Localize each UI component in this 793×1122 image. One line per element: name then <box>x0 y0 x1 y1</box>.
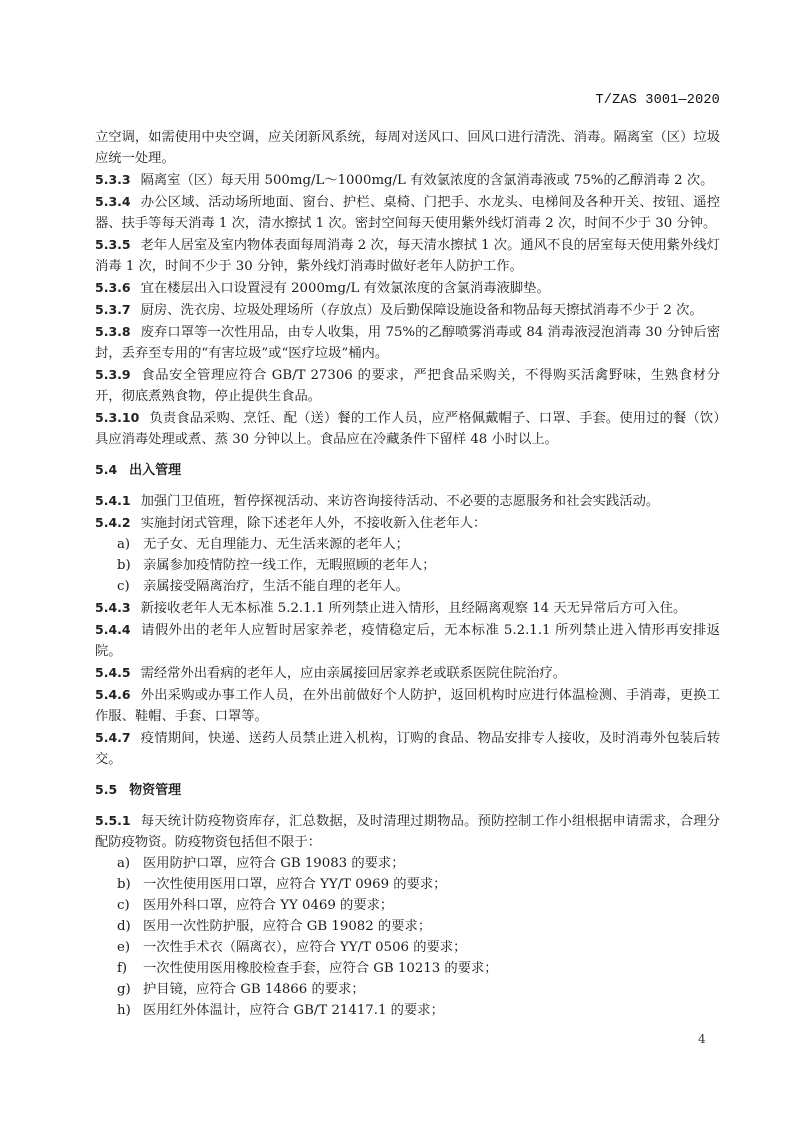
clause-number: 5.3.8 <box>95 324 131 339</box>
list-text: 亲属接受隔离治疗，生活不能自理的老年人。 <box>143 579 409 594</box>
list-marker: b) <box>117 555 143 576</box>
clause-number: 5.3.4 <box>95 194 131 209</box>
list-marker: c) <box>117 576 143 597</box>
list-text: 医用一次性防护服，应符合 GB 19082 的要求； <box>143 919 431 934</box>
clause-text: 老年人居室及室内物体表面每周消毒 2 次，每天清水擦拭 1 次。通风不良的居室每… <box>95 238 720 274</box>
clause-5-4-4: 5.4.4请假外出的老年人应暂时居家养老，疫情稳定后，无本标准 5.2.1.1 … <box>95 619 720 662</box>
list-item: b)亲属参加疫情防控一线工作，无暇照顾的老年人； <box>95 555 720 576</box>
section-title: 物资管理 <box>129 783 181 798</box>
list-marker: h) <box>117 1000 143 1021</box>
paragraph-text: 立空调，如需使用中央空调，应关闭新风系统，每周对送风口、回风口进行清洗、消毒。隔… <box>95 130 720 166</box>
clause-text: 疫情期间，快递、送药人员禁止进入机构，订购的食品、物品安排专人接收，及时消毒外包… <box>95 731 720 767</box>
clause-5-4-6: 5.4.6外出采购或办事工作人员，在外出前做好个人防护，返回机构时应进行体温检测… <box>95 684 720 727</box>
clause-text: 食品安全管理应符合 GB/T 27306 的要求，严把食品采购关，不得购买活禽野… <box>95 368 720 404</box>
clause-text: 新接收老年人无本标准 5.2.1.1 所列禁止进入情形，且经隔离观察 14 天无… <box>141 601 687 616</box>
clause-5-4-2: 5.4.2实施封闭式管理，除下述老年人外，不接收新入住老年人： <box>95 512 720 534</box>
clause-text: 宜在楼层出入口设置浸有 2000mg/L 有效氯浓度的含氯消毒液脚垫。 <box>141 281 550 296</box>
clause-5-3-10: 5.3.10负责食品采购、烹饪、配（送）餐的工作人员，应严格佩戴帽子、口罩、手套… <box>95 407 720 450</box>
list-marker: e) <box>117 937 143 958</box>
list-marker: d) <box>117 916 143 937</box>
list-item: d)医用一次性防护服，应符合 GB 19082 的要求； <box>95 916 720 937</box>
clause-5-3-7: 5.3.7厨房、洗衣房、垃圾处理场所（存放点）及后勤保障设施设备和物品每天擦拭消… <box>95 299 720 321</box>
list-text: 医用外科口罩，应符合 YY 0469 的要求； <box>143 898 393 913</box>
section-number: 5.4 <box>95 462 117 477</box>
list-marker: c) <box>117 895 143 916</box>
clause-number: 5.3.7 <box>95 302 131 317</box>
clause-5-3-5: 5.3.5老年人居室及室内物体表面每周消毒 2 次，每天清水擦拭 1 次。通风不… <box>95 234 720 277</box>
document-body: 立空调，如需使用中央空调，应关闭新风系统，每周对送风口、回风口进行清洗、消毒。隔… <box>95 127 720 1021</box>
clause-number: 5.3.6 <box>95 280 131 295</box>
list-item: f)一次性使用医用橡胶检查手套，应符合 GB 10213 的要求； <box>95 958 720 979</box>
list-text: 一次性手术衣（隔离衣），应符合 YY/T 0506 的要求； <box>143 940 466 955</box>
list-item: a)医用防护口罩，应符合 GB 19083 的要求； <box>95 853 720 874</box>
clause-5-4-3: 5.4.3新接收老年人无本标准 5.2.1.1 所列禁止进入情形，且经隔离观察 … <box>95 597 720 619</box>
list-marker: a) <box>117 853 143 874</box>
list-marker: a) <box>117 534 143 555</box>
clause-5-4-5: 5.4.5需经常外出看病的老年人，应由亲属接回居家养老或联系医院住院治疗。 <box>95 662 720 684</box>
clause-number: 5.5.1 <box>95 813 131 828</box>
section-number: 5.5 <box>95 782 117 797</box>
list-text: 护目镜，应符合 GB 14866 的要求； <box>143 982 365 997</box>
clause-text: 负责食品采购、烹饪、配（送）餐的工作人员，应严格佩戴帽子、口罩、手套。使用过的餐… <box>95 411 720 447</box>
clause-number: 5.4.3 <box>95 600 131 615</box>
list-item: a)无子女、无自理能力、无生活来源的老年人； <box>95 534 720 555</box>
list-item: g)护目镜，应符合 GB 14866 的要求； <box>95 979 720 1000</box>
list-text: 一次性使用医用口罩，应符合 YY/T 0969 的要求； <box>143 877 446 892</box>
list-text: 医用防护口罩，应符合 GB 19083 的要求； <box>143 856 405 871</box>
clause-text: 请假外出的老年人应暂时居家养老，疫情稳定后，无本标准 5.2.1.1 所列禁止进… <box>95 623 720 659</box>
clause-number: 5.3.3 <box>95 172 131 187</box>
paragraph-continued: 立空调，如需使用中央空调，应关闭新风系统，每周对送风口、回风口进行清洗、消毒。隔… <box>95 127 720 169</box>
list-text: 无子女、无自理能力、无生活来源的老年人； <box>143 537 409 552</box>
clause-5-4-1: 5.4.1加强门卫值班，暂停探视活动、来访咨询接待活动、不必要的志愿服务和社会实… <box>95 490 720 512</box>
clause-number: 5.4.5 <box>95 665 131 680</box>
list-text: 一次性使用医用橡胶检查手套，应符合 GB 10213 的要求； <box>143 961 498 976</box>
list-text: 医用红外体温计，应符合 GB/T 21417.1 的要求； <box>143 1003 444 1018</box>
clause-number: 5.3.10 <box>95 410 139 425</box>
clause-5-3-4: 5.3.4办公区域、活动场所地面、窗台、护栏、桌椅、门把手、水龙头、电梯间及各种… <box>95 191 720 234</box>
clause-5-3-6: 5.3.6宜在楼层出入口设置浸有 2000mg/L 有效氯浓度的含氯消毒液脚垫。 <box>95 277 720 299</box>
clause-5-4-7: 5.4.7疫情期间，快递、送药人员禁止进入机构，订购的食品、物品安排专人接收，及… <box>95 727 720 770</box>
clause-text: 隔离室（区）每天用 500mg/L～1000mg/L 有效氯浓度的含氯消毒液或 … <box>141 173 714 188</box>
clause-number: 5.4.7 <box>95 730 131 745</box>
list-marker: f) <box>117 958 143 979</box>
clause-number: 5.4.2 <box>95 515 131 530</box>
list-item: h)医用红外体温计，应符合 GB/T 21417.1 的要求； <box>95 1000 720 1021</box>
clause-text: 厨房、洗衣房、垃圾处理场所（存放点）及后勤保障设施设备和物品每天擦拭消毒不少于 … <box>141 303 703 318</box>
clause-number: 5.4.1 <box>95 493 131 508</box>
clause-text: 外出采购或办事工作人员，在外出前做好个人防护，返回机构时应进行体温检测、手消毒，… <box>95 688 720 724</box>
clause-text: 加强门卫值班，暂停探视活动、来访咨询接待活动、不必要的志愿服务和社会实践活动。 <box>141 494 660 509</box>
section-title: 出入管理 <box>129 463 181 478</box>
list-item: e)一次性手术衣（隔离衣），应符合 YY/T 0506 的要求； <box>95 937 720 958</box>
clause-number: 5.3.9 <box>95 367 131 382</box>
clause-text: 办公区域、活动场所地面、窗台、护栏、桌椅、门把手、水龙头、电梯间及各种开关、按钮… <box>95 195 720 231</box>
page-number: 4 <box>698 1032 706 1046</box>
clause-number: 5.3.5 <box>95 237 131 252</box>
clause-number: 5.4.6 <box>95 687 131 702</box>
list-item: c)亲属接受隔离治疗，生活不能自理的老年人。 <box>95 576 720 597</box>
list-item: c)医用外科口罩，应符合 YY 0469 的要求； <box>95 895 720 916</box>
list-item: b)一次性使用医用口罩，应符合 YY/T 0969 的要求； <box>95 874 720 895</box>
clause-5-3-9: 5.3.9食品安全管理应符合 GB/T 27306 的要求，严把食品采购关，不得… <box>95 364 720 407</box>
section-heading-5-5: 5.5物资管理 <box>95 779 720 801</box>
clause-5-3-8: 5.3.8废弃口罩等一次性用品，由专人收集，用 75%的乙醇喷雾消毒或 84 消… <box>95 321 720 364</box>
list-text: 亲属参加疫情防控一线工作，无暇照顾的老年人； <box>143 558 436 573</box>
document-code: T/ZAS 3001—2020 <box>595 93 720 108</box>
clause-5-5-1: 5.5.1每天统计防疫物资库存，汇总数据，及时清理过期物品。预防控制工作小组根据… <box>95 810 720 853</box>
clause-5-3-3: 5.3.3隔离室（区）每天用 500mg/L～1000mg/L 有效氯浓度的含氯… <box>95 169 720 191</box>
clause-text: 需经常外出看病的老年人，应由亲属接回居家养老或联系医院住院治疗。 <box>141 666 567 681</box>
clause-text: 实施封闭式管理，除下述老年人外，不接收新入住老年人： <box>141 516 487 531</box>
section-heading-5-4: 5.4出入管理 <box>95 459 720 481</box>
clause-text: 每天统计防疫物资库存，汇总数据，及时清理过期物品。预防控制工作小组根据申请需求，… <box>95 814 720 850</box>
clause-number: 5.4.4 <box>95 622 131 637</box>
list-marker: g) <box>117 979 143 1000</box>
clause-text: 废弃口罩等一次性用品，由专人收集，用 75%的乙醇喷雾消毒或 84 消毒液浸泡消… <box>95 325 720 361</box>
list-marker: b) <box>117 874 143 895</box>
